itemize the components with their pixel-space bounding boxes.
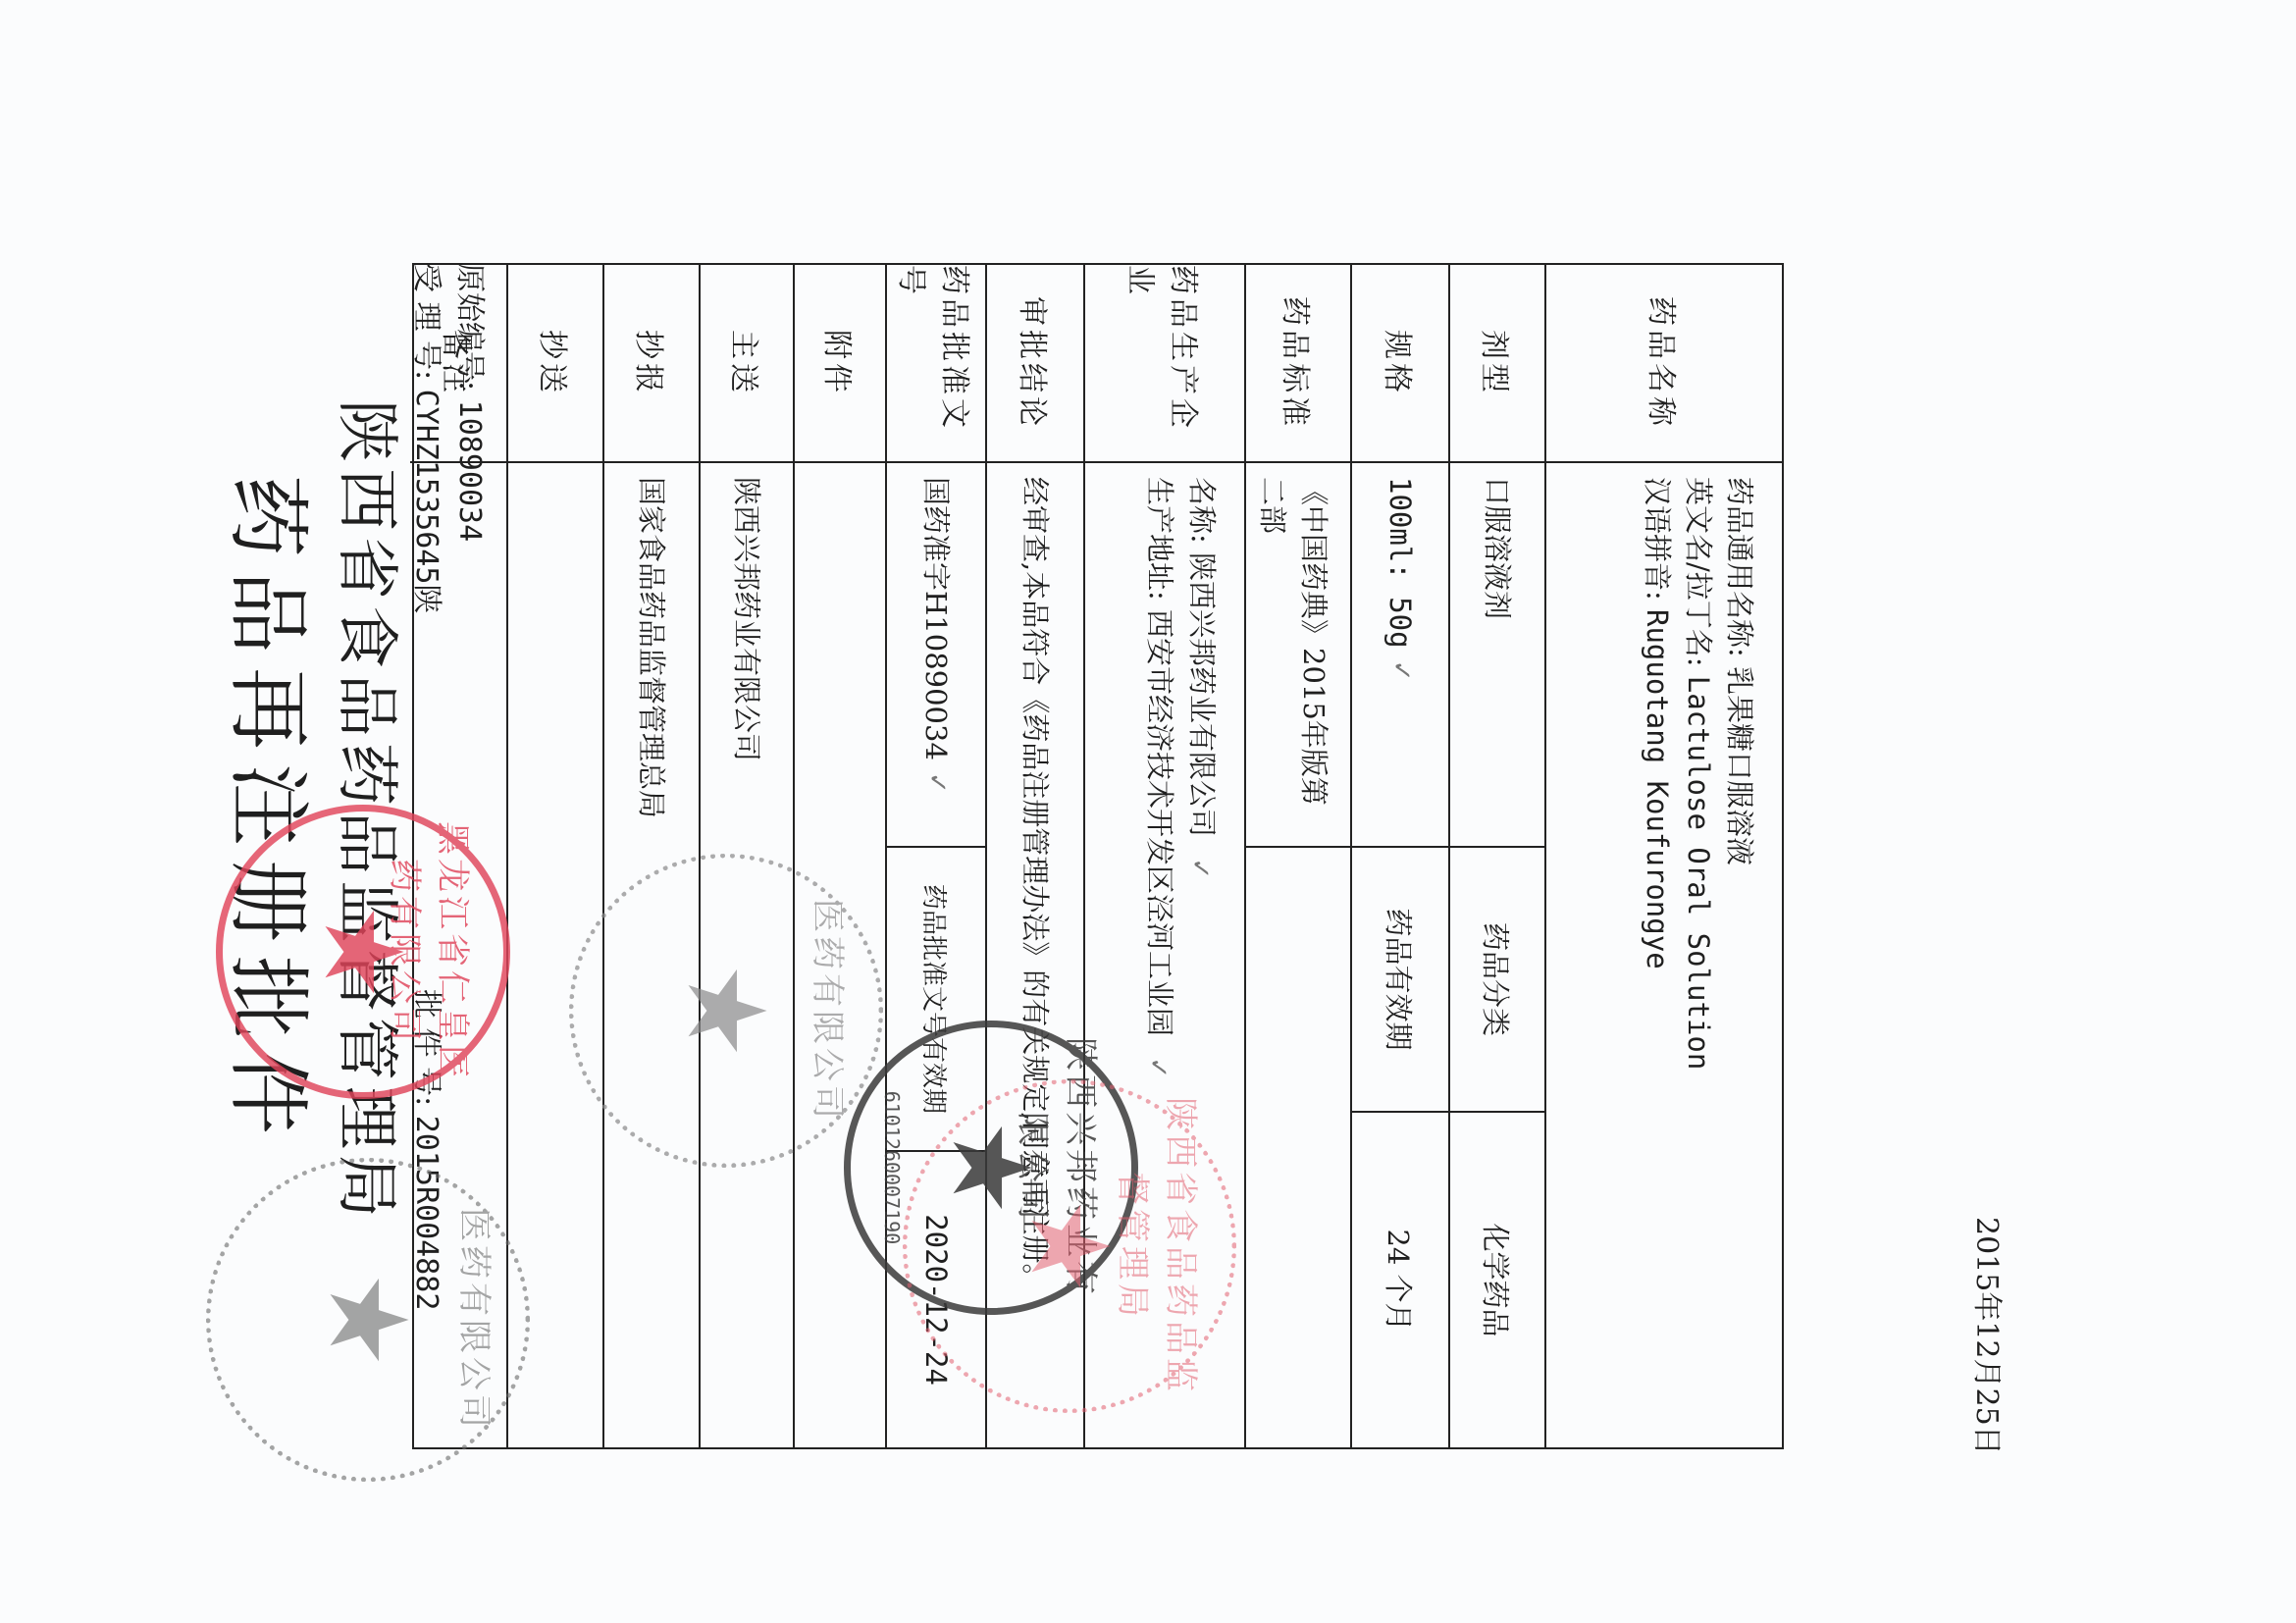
standard-blank-cell (1246, 846, 1350, 1447)
label-approval-validity: 药品批准文号有效期 (887, 846, 985, 1150)
row-drug-name: 药品名称 药品通用名称: 乳果糖口服溶液 英文名/拉丁名: Lactulose … (1546, 265, 1782, 1447)
row-remarks: 备注 (410, 265, 508, 1447)
label-drug-name: 药品名称 (1546, 265, 1782, 463)
row-copy-to: 抄送 (508, 265, 604, 1447)
value-conclusion: 经审查,本品符合《药品注册管理办法》的有关规定,同意再注册。 (987, 463, 1083, 1447)
label-report-to: 抄报 (604, 265, 699, 463)
row-attachment: 附件 (795, 265, 887, 1447)
value-drug-category: 化学药品 (1450, 1111, 1544, 1447)
manufacturer-address: 生产地址: 西安市经济技术开发区泾河工业园 ✓ (1139, 477, 1181, 1434)
value-approval-validity: 2020-12-24 (887, 1150, 985, 1447)
label-copy-to: 抄送 (508, 265, 602, 463)
english-name: 英文名/拉丁名: Lactulose Oral Solution (1678, 477, 1719, 1434)
label-manufacturer: 药品生产企业 (1085, 265, 1244, 463)
row-manufacturer: 药品生产企业 名称: 陕西兴邦药业有限公司 ✓ 生产地址: 西安市经济技术开发区… (1085, 265, 1246, 1447)
pinyin-name: 汉语拼音: Ruguotang Koufurongye (1637, 477, 1678, 1434)
value-remarks (410, 463, 506, 1447)
check-mark-icon: ✓ (1382, 660, 1419, 682)
check-mark-icon: ✓ (917, 772, 955, 794)
label-specification: 规格 (1352, 265, 1448, 463)
value-manufacturer: 名称: 陕西兴邦药业有限公司 ✓ 生产地址: 西安市经济技术开发区泾河工业园 ✓ (1085, 463, 1244, 1447)
value-main-recipient: 陕西兴邦药业有限公司 (701, 463, 793, 1447)
row-report-to: 抄报 国家食品药品监督管理总局 (604, 265, 701, 1447)
check-mark-icon: ✓ (1185, 858, 1215, 879)
manufacturer-name: 名称: 陕西兴邦药业有限公司 ✓ (1180, 477, 1223, 1434)
value-shelf-life: 24 个月 (1352, 1111, 1448, 1447)
generic-name: 药品通用名称: 乳果糖口服溶液 (1719, 477, 1760, 1434)
label-drug-category: 药品分类 (1450, 846, 1544, 1111)
label-shelf-life: 药品有效期 (1352, 846, 1448, 1111)
issuing-organization: 陕西省食品药品监督管理局 (327, 0, 417, 1623)
label-approval-number: 药品批准文号 (887, 265, 985, 463)
value-drug-name: 药品通用名称: 乳果糖口服溶液 英文名/拉丁名: Lactulose Oral … (1546, 463, 1782, 1447)
row-main-recipient: 主送 陕西兴邦药业有限公司 (701, 265, 795, 1447)
label-remarks: 备注 (410, 265, 506, 463)
value-attachment (795, 463, 885, 1447)
check-mark-icon: ✓ (1143, 1057, 1173, 1078)
value-report-to: 国家食品药品监督管理总局 (604, 463, 699, 1447)
document-page: 陕西省食品药品监督管理局 药品再注册批件 原始编号: 10890034 受 理 … (0, 0, 2296, 1623)
row-standard: 药品标准 《中国药典》2015年版第二部 (1246, 265, 1352, 1447)
label-dosage-form: 剂型 (1450, 265, 1544, 463)
label-standard: 药品标准 (1246, 265, 1350, 463)
row-conclusion: 审批结论 经审查,本品符合《药品注册管理办法》的有关规定,同意再注册。 (987, 265, 1085, 1447)
document-title: 药品再注册批件 (215, 0, 334, 1623)
row-approval-number: 药品批准文号 国药准字H10890034 ✓ 药品批准文号有效期 2020-12… (887, 265, 987, 1447)
issue-date: 2015年12月25日 (1968, 1217, 2011, 1455)
label-attachment: 附件 (795, 265, 885, 463)
registration-table: 药品名称 药品通用名称: 乳果糖口服溶液 英文名/拉丁名: Lactulose … (412, 263, 1784, 1449)
label-conclusion: 审批结论 (987, 265, 1083, 463)
row-dosage-form: 剂型 口服溶液剂 药品分类 化学药品 (1450, 265, 1546, 1447)
row-specification: 规格 100ml: 50g ✓ 药品有效期 24 个月 (1352, 265, 1450, 1447)
label-main-recipient: 主送 (701, 265, 793, 463)
value-copy-to (508, 463, 602, 1447)
